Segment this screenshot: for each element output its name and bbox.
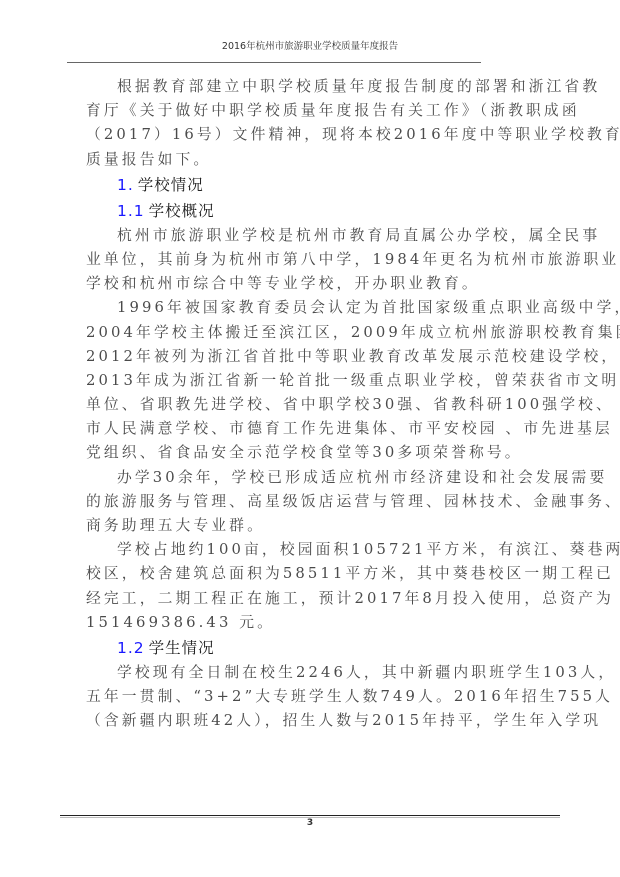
paragraph-line: 1996年被国家教育委员会认定为首批国家级重点职业高级中学， <box>86 296 556 320</box>
intro-line: 根据教育部建立中职学校质量年度报告制度的部署和浙江省教 <box>86 75 556 99</box>
paragraph-line: 校区，校舍建筑总面积为58511平方米，其中葵巷校区一期工程已 <box>86 562 556 586</box>
intro-line: （2017）16号）文件精神，现将本校2016年度中等职业学校教育 <box>86 123 556 147</box>
paragraph-line: 办学30余年，学校已形成适应杭州市经济建设和社会发展需要 <box>86 466 556 490</box>
paragraph-line: 商务助理五大专业群。 <box>86 514 556 538</box>
paragraph-line: 学校占地约100亩，校园面积105721平方米，有滨江、葵巷两 <box>86 538 556 562</box>
paragraph-line: 2004年学校主体搬迁至滨江区，2009年成立杭州旅游职校教育集团， <box>86 321 556 345</box>
section-title: 学生情况 <box>149 639 215 657</box>
footer-divider <box>60 815 560 816</box>
paragraph-line: 单位、省职教先进学校、省中职学校30强、省教科研100强学校、 <box>86 393 556 417</box>
paragraph-line: 2012年被列为浙江省首批中等职业教育改革发展示范校建设学校， <box>86 345 556 369</box>
paragraph-line: 五年一贯制、“3+2”大专班学生人数749人。2016年招生755人 <box>86 685 556 709</box>
paragraph-line: 的旅游服务与管理、高星级饭店运营与管理、园林技术、金融事务、 <box>86 490 556 514</box>
section-number: 1.2 <box>117 639 145 657</box>
paragraph-line: 业单位，其前身为杭州市第八中学，1984年更名为杭州市旅游职业 <box>86 248 556 272</box>
paragraph-line: 学校和杭州市综合中等专业学校，开办职业教育。 <box>86 272 556 296</box>
paragraph-line: 杭州市旅游职业学校是杭州市教育局直属公办学校，属全民事 <box>86 224 556 248</box>
paragraph-line: 2013年成为浙江省新一轮首批一级重点职业学校，曾荣获省市文明 <box>86 369 556 393</box>
paragraph-line: 151469386.43 元。 <box>86 611 556 635</box>
paragraph-line: 党组织、省食品安全示范学校食堂等30多项荣誉称号。 <box>86 441 556 465</box>
section-number: 1.1 <box>117 202 145 220</box>
paragraph-line: 市人民满意学校、市德育工作先进集体、市平安校园 、市先进基层 <box>86 417 556 441</box>
section-heading-1-1: 1.1学校概况 <box>86 198 556 224</box>
section-heading-1-2: 1.2学生情况 <box>86 635 556 661</box>
intro-line: 质量报告如下。 <box>86 148 556 172</box>
header-divider <box>67 62 481 63</box>
intro-line: 育厅《关于做好中职学校质量年度报告有关工作》（浙教职成函 <box>86 99 556 123</box>
section-title: 学校概况 <box>149 202 215 220</box>
section-number: 1. <box>117 176 134 194</box>
page-number: 3 <box>0 818 620 828</box>
paragraph-line: （含新疆内职班42人），招生人数与2015年持平，学生年入学巩 <box>86 709 556 733</box>
section-title: 学校情况 <box>138 176 204 194</box>
page-body: 根据教育部建立中职学校质量年度报告制度的部署和浙江省教 育厅《关于做好中职学校质… <box>86 75 556 734</box>
running-header-title: 2016年杭州市旅游职业学校质量年度报告 <box>0 38 620 52</box>
section-heading-1: 1.学校情况 <box>86 172 556 198</box>
paragraph-line: 学校现有全日制在校生2246人，其中新疆内职班学生103人， <box>86 661 556 685</box>
paragraph-line: 经完工，二期工程正在施工，预计2017年8月投入使用，总资产为 <box>86 587 556 611</box>
